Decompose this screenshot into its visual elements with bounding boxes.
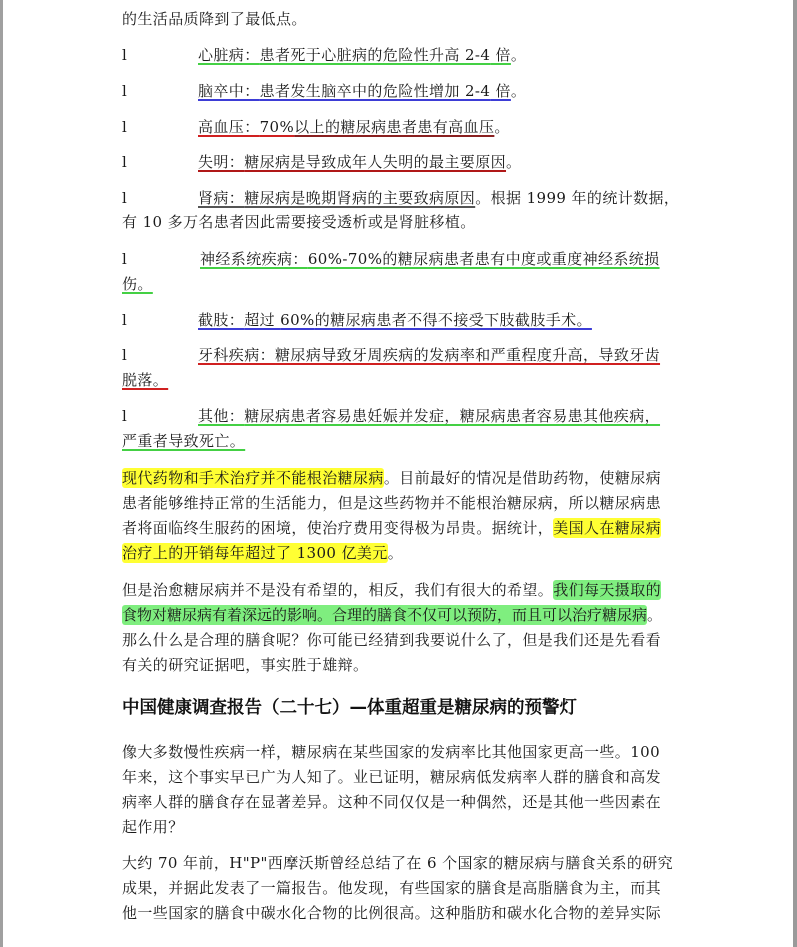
term: 失明： (198, 153, 244, 171)
paragraph-line: 有关的研究证据吧，事实胜于雄辩。 (122, 655, 368, 675)
bullet-text: 心脏病：患者死于心脏病的危险性升高 2-4 倍。 (198, 45, 526, 65)
page-left-edge (0, 0, 3, 947)
body: 倍 (490, 46, 511, 64)
intro-line: 的生活品质降到了最低点。 (122, 9, 307, 29)
page-right-edge (793, 0, 797, 947)
bullet-text-continuation: 脱落。 (122, 370, 182, 390)
punct: 。 (494, 118, 509, 136)
bullet-text-continuation: 有 10 多万名患者因此需要接受透析或是肾脏移植。 (122, 212, 476, 232)
body: 伤。 (122, 275, 165, 293)
body: 患者死于心脏病的危险性升高 (260, 46, 465, 64)
bullet-marker: l (122, 152, 127, 172)
paragraph-line: 成果，并据此发表了一篇报告。他发现，有些国家的膳食是高脂膳食为主，而其 (122, 878, 661, 898)
paragraph-line: 那么什么是合理的膳食呢？你可能已经猜到我要说什么了，但是我们还是先看看 (122, 630, 661, 650)
body: 以上的糖尿病患者患有高血压 (294, 118, 494, 136)
term: 高血压： (198, 118, 260, 136)
body: 糖尿病是晚期肾病的主要致病原因 (244, 189, 475, 207)
highlighted-text: 美国人在糖尿病 (553, 518, 661, 538)
text: 。 (647, 606, 662, 624)
number: 2-4 (465, 82, 490, 100)
paragraph-line: 现代药物和手术治疗并不能根治糖尿病。目前最好的情况是借助药物，使糖尿病 (122, 468, 661, 488)
number: 60%-70% (308, 250, 383, 268)
body: 倍 (490, 82, 511, 100)
punct: 。 (511, 46, 526, 64)
highlighted-text: 现代药物和手术治疗并不能根治糖尿病 (122, 468, 384, 488)
bullet-text: 高血压：70%以上的糖尿病患者患有高血压。 (198, 117, 510, 137)
paragraph-line: 者将面临终生服药的困境，使治疗费用变得极为昂贵。据统计，美国人在糖尿病 (122, 518, 661, 538)
bullet-text: 截肢：超过 60%的糖尿病患者不得不接受下肢截肢手术。 (198, 310, 602, 330)
bullet-marker: l (122, 249, 127, 269)
paragraph-line: 年来，这个事实早已广为人知了。业已证明，糖尿病低发病率人群的膳食和高发 (122, 767, 661, 787)
punct: 。 (506, 153, 521, 171)
bullet-text-continuation: 伤。 (122, 274, 165, 294)
bullet-marker: l (122, 310, 127, 330)
highlighted-text: 治疗上的开销每年超过了 1300 亿美元 (122, 543, 388, 563)
term: 神经系统疾病： (200, 250, 308, 268)
body: 的糖尿病患者不得不接受下肢截肢手术。 (315, 311, 602, 329)
number: 2-4 (465, 46, 490, 64)
paragraph-line: 患者能够维持正常的生活能力，但是这些药物并不能根治糖尿病，所以糖尿病患 (122, 493, 661, 513)
text: 但是治愈糖尿病并不是没有希望的，相反，我们有很大的希望。 (122, 581, 553, 599)
bullet-text: 其他：糖尿病患者容易患妊娠并发症，糖尿病患者容易患其他疾病， (198, 406, 660, 426)
term: 心脏病： (198, 46, 260, 64)
punct: 。 (511, 82, 526, 100)
paragraph-line: 起作用？ (122, 817, 184, 837)
text: 。 (388, 544, 403, 562)
highlighted-text: 食物对糖尿病有着深远的影响。合理的膳食不仅可以预防，而且可以治疗糖尿病 (122, 605, 647, 625)
bullet-marker: l (122, 345, 127, 365)
bullet-text: 失明：糖尿病是导致成年人失明的最主要原因。 (198, 152, 521, 172)
bullet-text: 牙科疾病：糖尿病导致牙周疾病的发病率和严重程度升高，导致牙齿 (198, 345, 660, 365)
text: 者将面临终生服药的困境，使治疗费用变得极为昂贵。据统计， (122, 519, 553, 537)
body: 的糖尿病患者患有中度或重度神经系统损 (382, 250, 659, 268)
body: 严重者导致死亡。 (122, 432, 259, 450)
body: 超过 (244, 311, 280, 329)
bullet-text-continuation: 严重者导致死亡。 (122, 431, 259, 451)
number: 60% (280, 311, 315, 329)
highlighted-text: 我们每天摄取的 (553, 580, 661, 600)
body: 脱落。 (122, 371, 182, 389)
bullet-text: 肾病：糖尿病是晚期肾病的主要致病原因。根据 1999 年的统计数据， (198, 188, 679, 208)
body: 糖尿病是导致成年人失明的最主要原因 (244, 153, 506, 171)
term: 肾病： (198, 189, 244, 207)
bullet-marker: l (122, 81, 127, 101)
bullet-marker: l (122, 406, 127, 426)
bullet-marker: l (122, 188, 127, 208)
bullet-marker: l (122, 117, 127, 137)
section-heading: 中国健康调查报告（二十七）—体重超重是糖尿病的预警灯 (122, 696, 577, 720)
bullet-marker: l (122, 45, 127, 65)
number: 70% (260, 118, 295, 136)
body: 患者发生脑卒中的危险性增加 (260, 82, 465, 100)
text: 。目前最好的情况是借助药物，使糖尿病 (384, 469, 661, 487)
body: 糖尿病患者容易患妊娠并发症，糖尿病患者容易患其他疾病， (244, 407, 660, 425)
paragraph-line: 食物对糖尿病有着深远的影响。合理的膳食不仅可以预防，而且可以治疗糖尿病。 (122, 605, 662, 625)
paragraph-line: 病率人群的膳食存在显著差异。这种不同仅仅是一种偶然，还是其他一些因素在 (122, 792, 661, 812)
term: 脑卒中： (198, 82, 260, 100)
bullet-text: 神经系统疾病：60%-70%的糖尿病患者患有中度或重度神经系统损 (200, 249, 660, 269)
term: 牙科疾病： (198, 346, 275, 364)
bullet-text: 脑卒中：患者发生脑卒中的危险性增加 2-4 倍。 (198, 81, 526, 101)
body-rest: 。根据 1999 年的统计数据， (475, 189, 679, 207)
term: 其他： (198, 407, 244, 425)
paragraph-line: 但是治愈糖尿病并不是没有希望的，相反，我们有很大的希望。我们每天摄取的 (122, 580, 661, 600)
paragraph-line: 像大多数慢性疾病一样，糖尿病在某些国家的发病率比其他国家更高一些。100 (122, 742, 660, 762)
term: 截肢： (198, 311, 244, 329)
paragraph-line: 大约 70 年前，H"P"西摩沃斯曾经总结了在 6 个国家的糖尿病与膳食关系的研… (122, 853, 673, 873)
paragraph-line: 他一些国家的膳食中碳水化合物的比例很高。这种脂肪和碳水化合物的差异实际 (122, 903, 661, 923)
body: 糖尿病导致牙周疾病的发病率和严重程度升高，导致牙齿 (275, 346, 660, 364)
paragraph-line: 治疗上的开销每年超过了 1300 亿美元。 (122, 543, 403, 563)
